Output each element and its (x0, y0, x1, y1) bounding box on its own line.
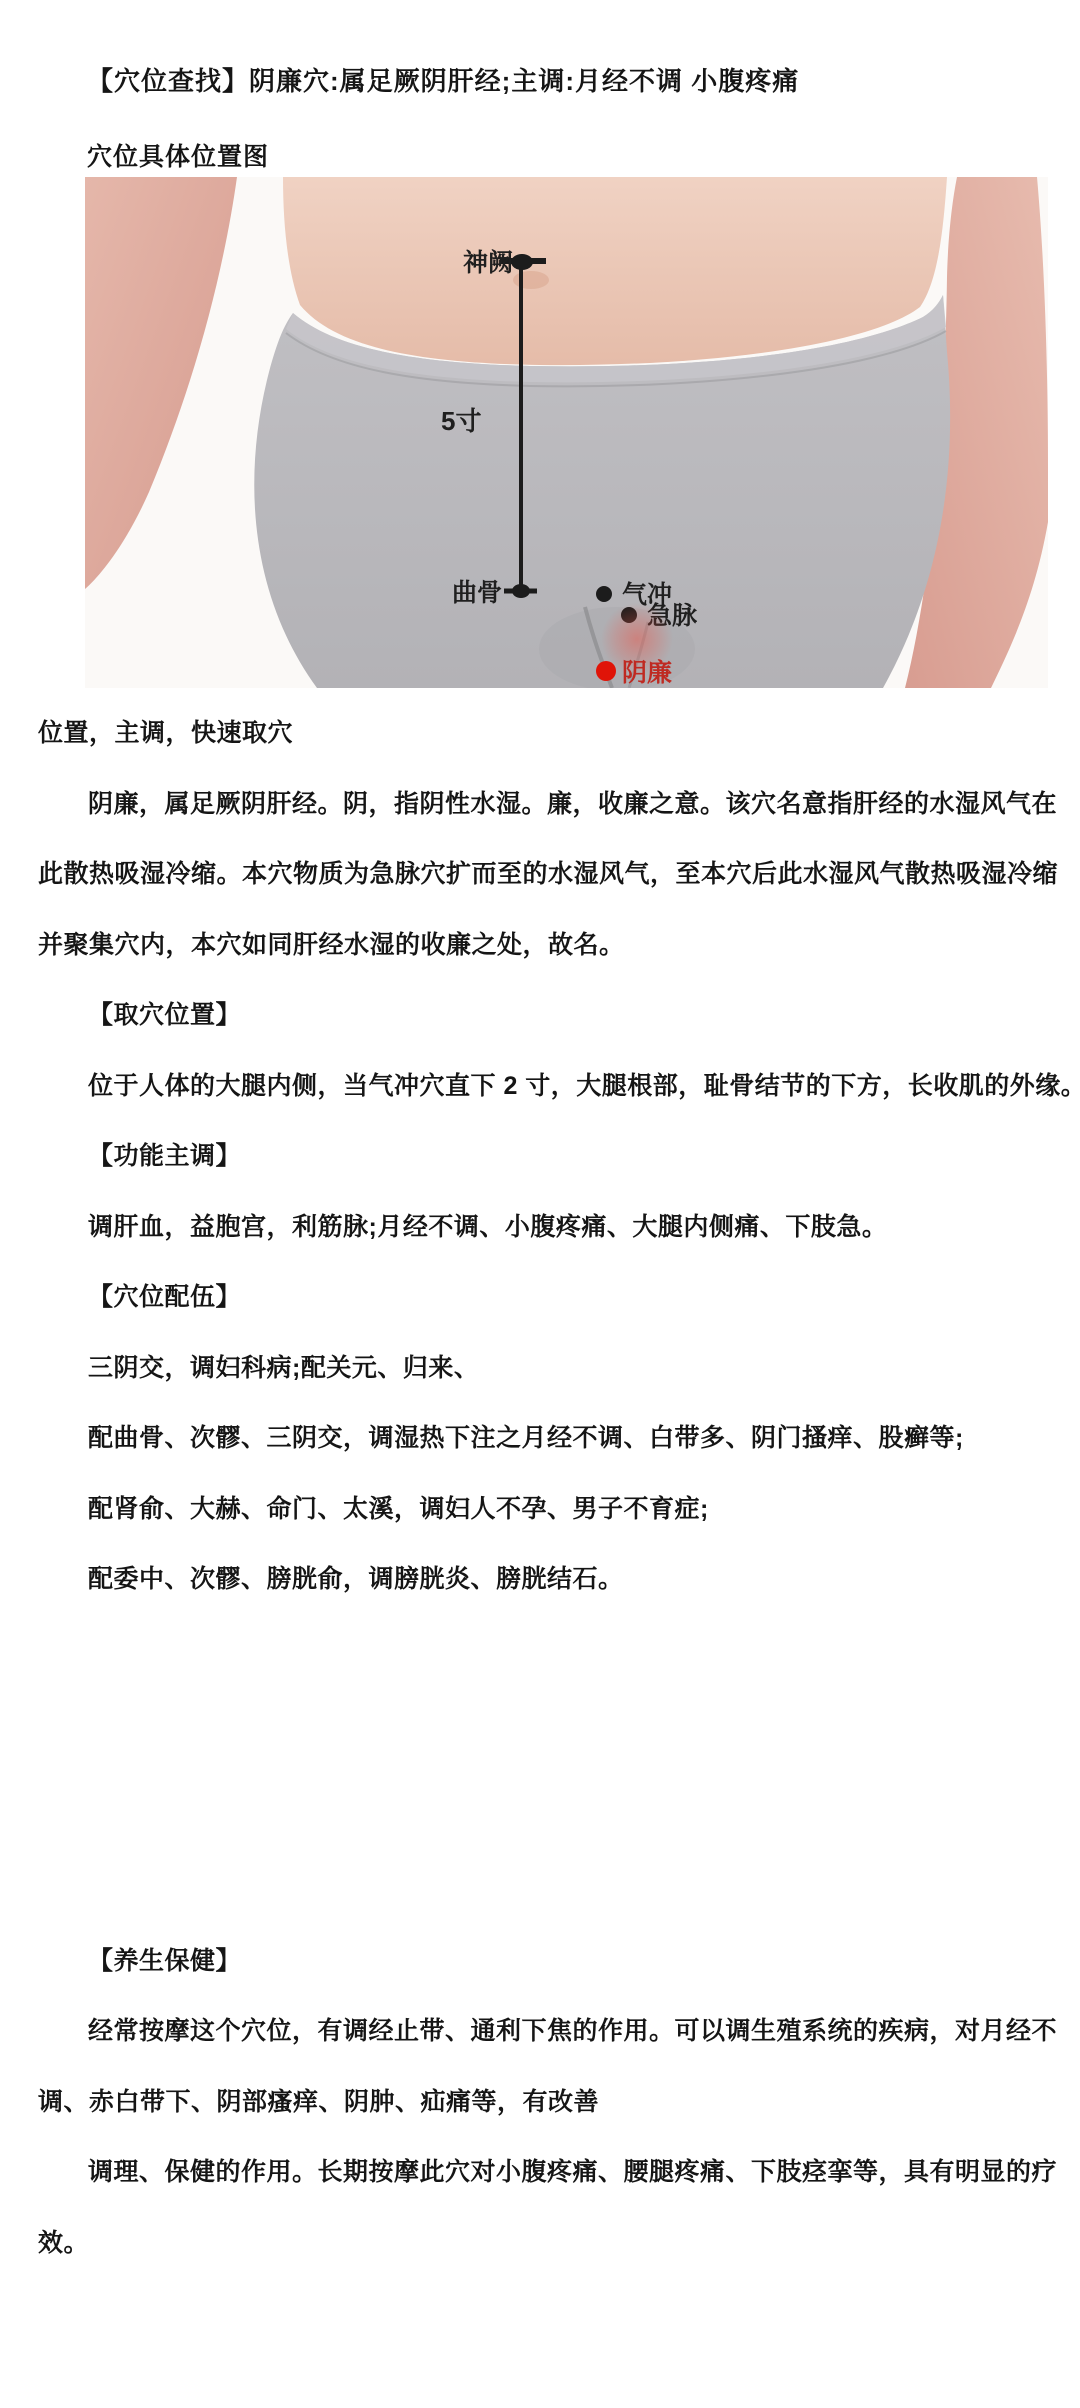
text-line: 调肝血，益胞宫，利筋脉;月经不调、小腹疼痛、大腿内侧痛、下肢急。 (88, 1192, 887, 1262)
text-line: 配肾俞、大赫、命门、太溪，调妇人不孕、男子不育症; (88, 1474, 709, 1544)
text-line: 位置，主调，快速取穴 (38, 698, 293, 768)
text-line: 三阴交，调妇科病;配关元、归来、 (88, 1333, 479, 1403)
text-line: 此散热吸湿冷缩。本穴物质为急脉穴扩而至的水湿风气，至本穴后此水湿风气散热吸湿冷缩 (38, 839, 1058, 909)
section-heading: 【穴位配伍】 (88, 1262, 241, 1332)
section-heading: 【取穴位置】 (88, 980, 241, 1050)
section-heading: 【养生保健】 (88, 1926, 241, 1996)
article-page: 【穴位查找】阴廉穴:属足厥阴肝经;主调:月经不调 小腹疼痛 穴位具体位置图 (0, 0, 1080, 2408)
text-line: 并聚集穴内，本穴如同肝经水湿的收廉之处，故名。 (38, 910, 625, 980)
text-line: 经常按摩这个穴位，有调经止带、通利下焦的作用。可以调生殖系统的疾病，对月经不 (88, 1996, 1057, 2066)
section-heading: 【功能主调】 (88, 1121, 241, 1191)
text-line: 调、赤白带下、阴部瘙痒、阴肿、疝痛等，有改善 (38, 2067, 599, 2137)
body-text-lines: 位置，主调，快速取穴阴廉，属足厥阴肝经。阴，指阴性水湿。廉，收廉之意。该穴名意指… (0, 0, 1080, 2408)
text-line: 调理、保健的作用。长期按摩此穴对小腹疼痛、腰腿疼痛、下肢痉挛等，具有明显的疗 (88, 2137, 1057, 2207)
text-line: 阴廉，属足厥阴肝经。阴，指阴性水湿。廉，收廉之意。该穴名意指肝经的水湿风气在 (88, 769, 1057, 839)
text-line: 配曲骨、次髎、三阴交，调湿热下注之月经不调、白带多、阴门搔痒、股癣等; (88, 1403, 964, 1473)
text-line: 位于人体的大腿内侧，当气冲穴直下 2 寸，大腿根部，耻骨结节的下方，长收肌的外缘… (88, 1051, 1080, 1121)
text-line: 配委中、次髎、膀胱俞，调膀胱炎、膀胱结石。 (88, 1544, 624, 1614)
text-line: 效。 (38, 2208, 89, 2278)
